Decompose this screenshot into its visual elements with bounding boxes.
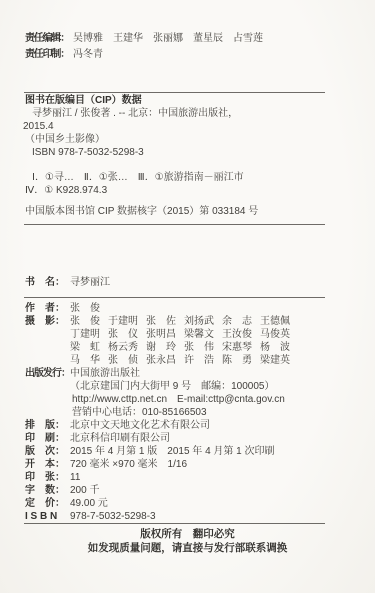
staff-credits: 责任编辑：吴博雅 王建华 张丽娜 董星辰 占雪莲 责任印制：冯冬青 (25, 31, 263, 63)
words-label: 字 数： (25, 484, 70, 497)
book-title-label: 书 名： (25, 276, 70, 289)
copyright-notice: 版权所有 翻印必究 如发现质量问题，请直接与发行部联系调换 (0, 527, 375, 555)
cip-series: （中国乡土影像） (25, 133, 335, 146)
photographer-name: 张永昌 (146, 354, 184, 367)
typeset-value: 北京中文天地文化艺术有限公司 (70, 419, 210, 432)
photographer-name: 梁 虹 (70, 341, 108, 354)
photographer-name: 丁建明 (70, 328, 108, 341)
print-row: 印 刷： 北京科信印刷有限公司 (25, 432, 355, 445)
book-title-value: 寻梦丽江 (70, 276, 110, 289)
editor-names: 吴博雅 王建华 张丽娜 董星辰 占雪莲 (73, 33, 263, 44)
publisher-phone: 营销中心电话：010-85166503 (25, 406, 355, 419)
copyright-page: 责任编辑：吴博雅 王建华 张丽娜 董星辰 占雪莲 责任印制：冯冬青 图书在版编目… (0, 0, 375, 593)
words-row: 字 数： 200 千 (25, 484, 355, 497)
photographers-label: 摄 影： (25, 315, 70, 328)
isbn-value: 978-7-5032-5298-3 (70, 510, 156, 523)
publisher-label: 出版发行： (25, 367, 70, 380)
format-row: 开 本： 720 毫米 ×970 毫米 1/16 (25, 458, 355, 471)
photographer-name: 于建明 (108, 315, 146, 328)
typeset-row: 排 版： 北京中文天地文化艺术有限公司 (25, 419, 355, 432)
book-title-row: 书 名： 寻梦丽江 (25, 276, 110, 289)
photographer-name: 马俊英 (260, 328, 298, 341)
divider-top (24, 92, 325, 93)
cip-classification-2: Ⅳ．① K928.974.3 (25, 184, 335, 197)
photographer-name: 张 侦 (108, 354, 146, 367)
words-value: 200 千 (70, 484, 99, 497)
isbn-label: I S B N (25, 510, 70, 523)
sheets-row: 印 张： 11 (25, 471, 355, 484)
divider-cip (24, 224, 325, 225)
photographer-name: 马 华 (70, 354, 108, 367)
photographer-name: 杨 波 (260, 341, 298, 354)
divider-bottom (24, 523, 325, 524)
price-row: 定 价： 49.00 元 (25, 497, 355, 510)
colophon-block: 作 者： 张 俊 摄 影： 张 俊 于建明 张 佐 刘扬武 余 志 王德佩 丁建… (25, 302, 355, 523)
cip-isbn: ISBN 978-7-5032-5298-3 (25, 146, 335, 159)
printer-line: 责任印制：冯冬青 (25, 47, 263, 63)
author-label: 作 者： (25, 302, 70, 315)
typeset-label: 排 版： (25, 419, 70, 432)
edition-row: 版 次： 2015 年 4 月第 1 版 2015 年 4 月第 1 次印刷 (25, 445, 355, 458)
photographer-name: 梁建英 (260, 354, 298, 367)
divider-title (24, 297, 325, 298)
photographer-name: 王德佩 (260, 315, 298, 328)
price-value: 49.00 元 (70, 497, 108, 510)
photographer-name: 许 浩 (184, 354, 222, 367)
photographer-name: 刘扬武 (184, 315, 222, 328)
printer-names: 冯冬青 (73, 49, 103, 60)
photographer-name: 张 仪 (108, 328, 146, 341)
cip-record-number: 中国版本图书馆 CIP 数据核字（2015）第 033184 号 (25, 202, 258, 217)
publisher-address: （北京建国门内大街甲 9 号 邮编：100005） (25, 380, 355, 393)
publisher-web-email: http://www.cttp.net.cn E-mail:cttp@cnta.… (25, 393, 355, 406)
author-value: 张 俊 (70, 302, 100, 315)
photographer-name: 宋惠琴 (222, 341, 260, 354)
format-value: 720 毫米 ×970 毫米 1/16 (70, 458, 187, 471)
photographers-row: 摄 影： 张 俊 于建明 张 佐 刘扬武 余 志 王德佩 丁建明 张 仪 张明昌… (25, 315, 355, 367)
photographer-name: 谢 玲 (146, 341, 184, 354)
cip-block: 图书在版编目（CIP）数据 寻梦丽江 / 张俊著 . -- 北京：中国旅游出版社… (25, 94, 335, 197)
editor-line: 责任编辑：吴博雅 王建华 张丽娜 董星辰 占雪莲 (25, 31, 263, 47)
copyright-notice-line2: 如发现质量问题，请直接与发行部联系调换 (0, 541, 375, 555)
sheets-label: 印 张： (25, 471, 70, 484)
photographer-name: 王汝俊 (222, 328, 260, 341)
photographer-name: 杨云秀 (108, 341, 146, 354)
print-value: 北京科信印刷有限公司 (70, 432, 170, 445)
publisher-value: 中国旅游出版社 (70, 367, 140, 380)
copyright-notice-line1: 版权所有 翻印必究 (0, 527, 375, 541)
cip-year: 2015.4 (23, 120, 335, 133)
cip-heading: 图书在版编目（CIP）数据 (25, 94, 335, 107)
editor-label: 责任编辑： (25, 33, 69, 44)
printer-label: 责任印制： (25, 49, 69, 60)
sheets-value: 11 (70, 471, 80, 484)
photographer-name: 张 俊 (70, 315, 108, 328)
cip-title-line: 寻梦丽江 / 张俊著 . -- 北京：中国旅游出版社， (25, 107, 335, 120)
photographer-name: 梁馨文 (184, 328, 222, 341)
photographer-name: 陈 勇 (222, 354, 260, 367)
cip-classification-1: Ⅰ．①寻… Ⅱ．①张… Ⅲ．①旅游指南－丽江市 (25, 171, 335, 184)
author-row: 作 者： 张 俊 (25, 302, 355, 315)
publisher-row: 出版发行： 中国旅游出版社 (25, 367, 355, 380)
format-label: 开 本： (25, 458, 70, 471)
isbn-row: I S B N 978-7-5032-5298-3 (25, 510, 355, 523)
photographer-name: 余 志 (222, 315, 260, 328)
print-label: 印 刷： (25, 432, 70, 445)
edition-label: 版 次： (25, 445, 70, 458)
photographer-name: 张明昌 (146, 328, 184, 341)
photographer-name: 张 佐 (146, 315, 184, 328)
photographer-name: 张 伟 (184, 341, 222, 354)
price-label: 定 价： (25, 497, 70, 510)
photographers-grid: 张 俊 于建明 张 佐 刘扬武 余 志 王德佩 丁建明 张 仪 张明昌 梁馨文 … (70, 315, 298, 367)
edition-value: 2015 年 4 月第 1 版 2015 年 4 月第 1 次印刷 (70, 445, 275, 458)
